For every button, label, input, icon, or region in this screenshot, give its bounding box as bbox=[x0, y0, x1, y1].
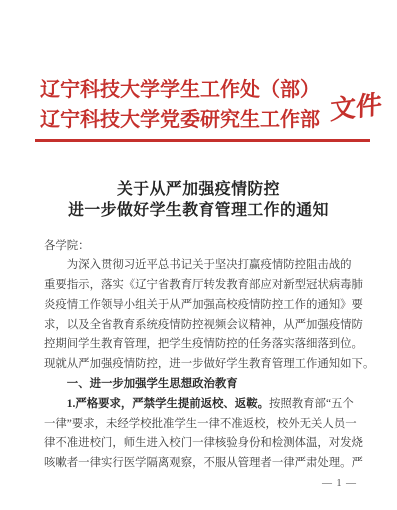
body-line: 求，以及全省教育系统疫情防控视频会议精神，从严加强疫情防 bbox=[44, 316, 369, 336]
body-line: 现就从严加强疫情防控，进一步做好学生教育管理工作通知如下。 bbox=[44, 355, 369, 375]
body-line: 一律”要求，未经学校批准学生一律不准返校，校外无关人员一 bbox=[44, 415, 369, 435]
org-name-block: 辽宁科技大学学生工作处（部） 辽宁科技大学党委研究生工作部 bbox=[40, 75, 320, 135]
page-number: — 1 — bbox=[322, 478, 357, 489]
red-divider bbox=[35, 139, 370, 142]
item-lead-rest: 按照教育部“五个 bbox=[269, 398, 354, 410]
title-line-2: 进一步做好学生教育管理工作的通知 bbox=[0, 200, 397, 222]
org-name-line-1: 辽宁科技大学学生工作处（部） bbox=[40, 75, 320, 105]
body-line: 律不准进校门，师生进入校门一律核验身份和检测体温，对发烧 bbox=[44, 434, 369, 454]
document-body: 各学院： 为深入贯彻习近平总书记关于坚决打赢疫情防控阻击战的 重要指示，落实《辽… bbox=[44, 237, 369, 475]
letterhead: 辽宁科技大学学生工作处（部） 辽宁科技大学党委研究生工作部 文件 bbox=[40, 75, 370, 135]
doc-type-label: 文件 bbox=[330, 83, 382, 127]
body-line: 为深入贯彻习近平总书记关于坚决打赢疫情防控阻击战的 bbox=[44, 256, 369, 276]
body-line: 炎疫情工作领导小组关于从严加强高校疫情防控工作的通知》要 bbox=[44, 296, 369, 316]
salutation: 各学院： bbox=[44, 237, 369, 257]
body-line: 咳嗽者一律实行医学隔离观察，不服从管理者一律严肃处理。严 bbox=[44, 454, 369, 474]
section-heading: 一、进一步加强学生思想政治教育 bbox=[44, 375, 369, 395]
document-page: 辽宁科技大学学生工作处（部） 辽宁科技大学党委研究生工作部 文件 关于从严加强疫… bbox=[0, 0, 397, 510]
item-lead-line: 1.严格要求，严禁学生提前返校、返鞍。按照教育部“五个 bbox=[44, 395, 369, 415]
body-line: 重要指示，落实《辽宁省教育厅转发教育部应对新型冠状病毒肺 bbox=[44, 276, 369, 296]
org-name-line-2: 辽宁科技大学党委研究生工作部 bbox=[40, 105, 320, 135]
body-line: 控期间学生教育管理，把学生疫情防控的任务落实落细落到位。 bbox=[44, 335, 369, 355]
document-title: 关于从严加强疫情防控 进一步做好学生教育管理工作的通知 bbox=[0, 179, 397, 222]
item-lead-bold: 1.严格要求，严禁学生提前返校、返鞍。 bbox=[67, 398, 269, 410]
title-line-1: 关于从严加强疫情防控 bbox=[0, 179, 397, 201]
